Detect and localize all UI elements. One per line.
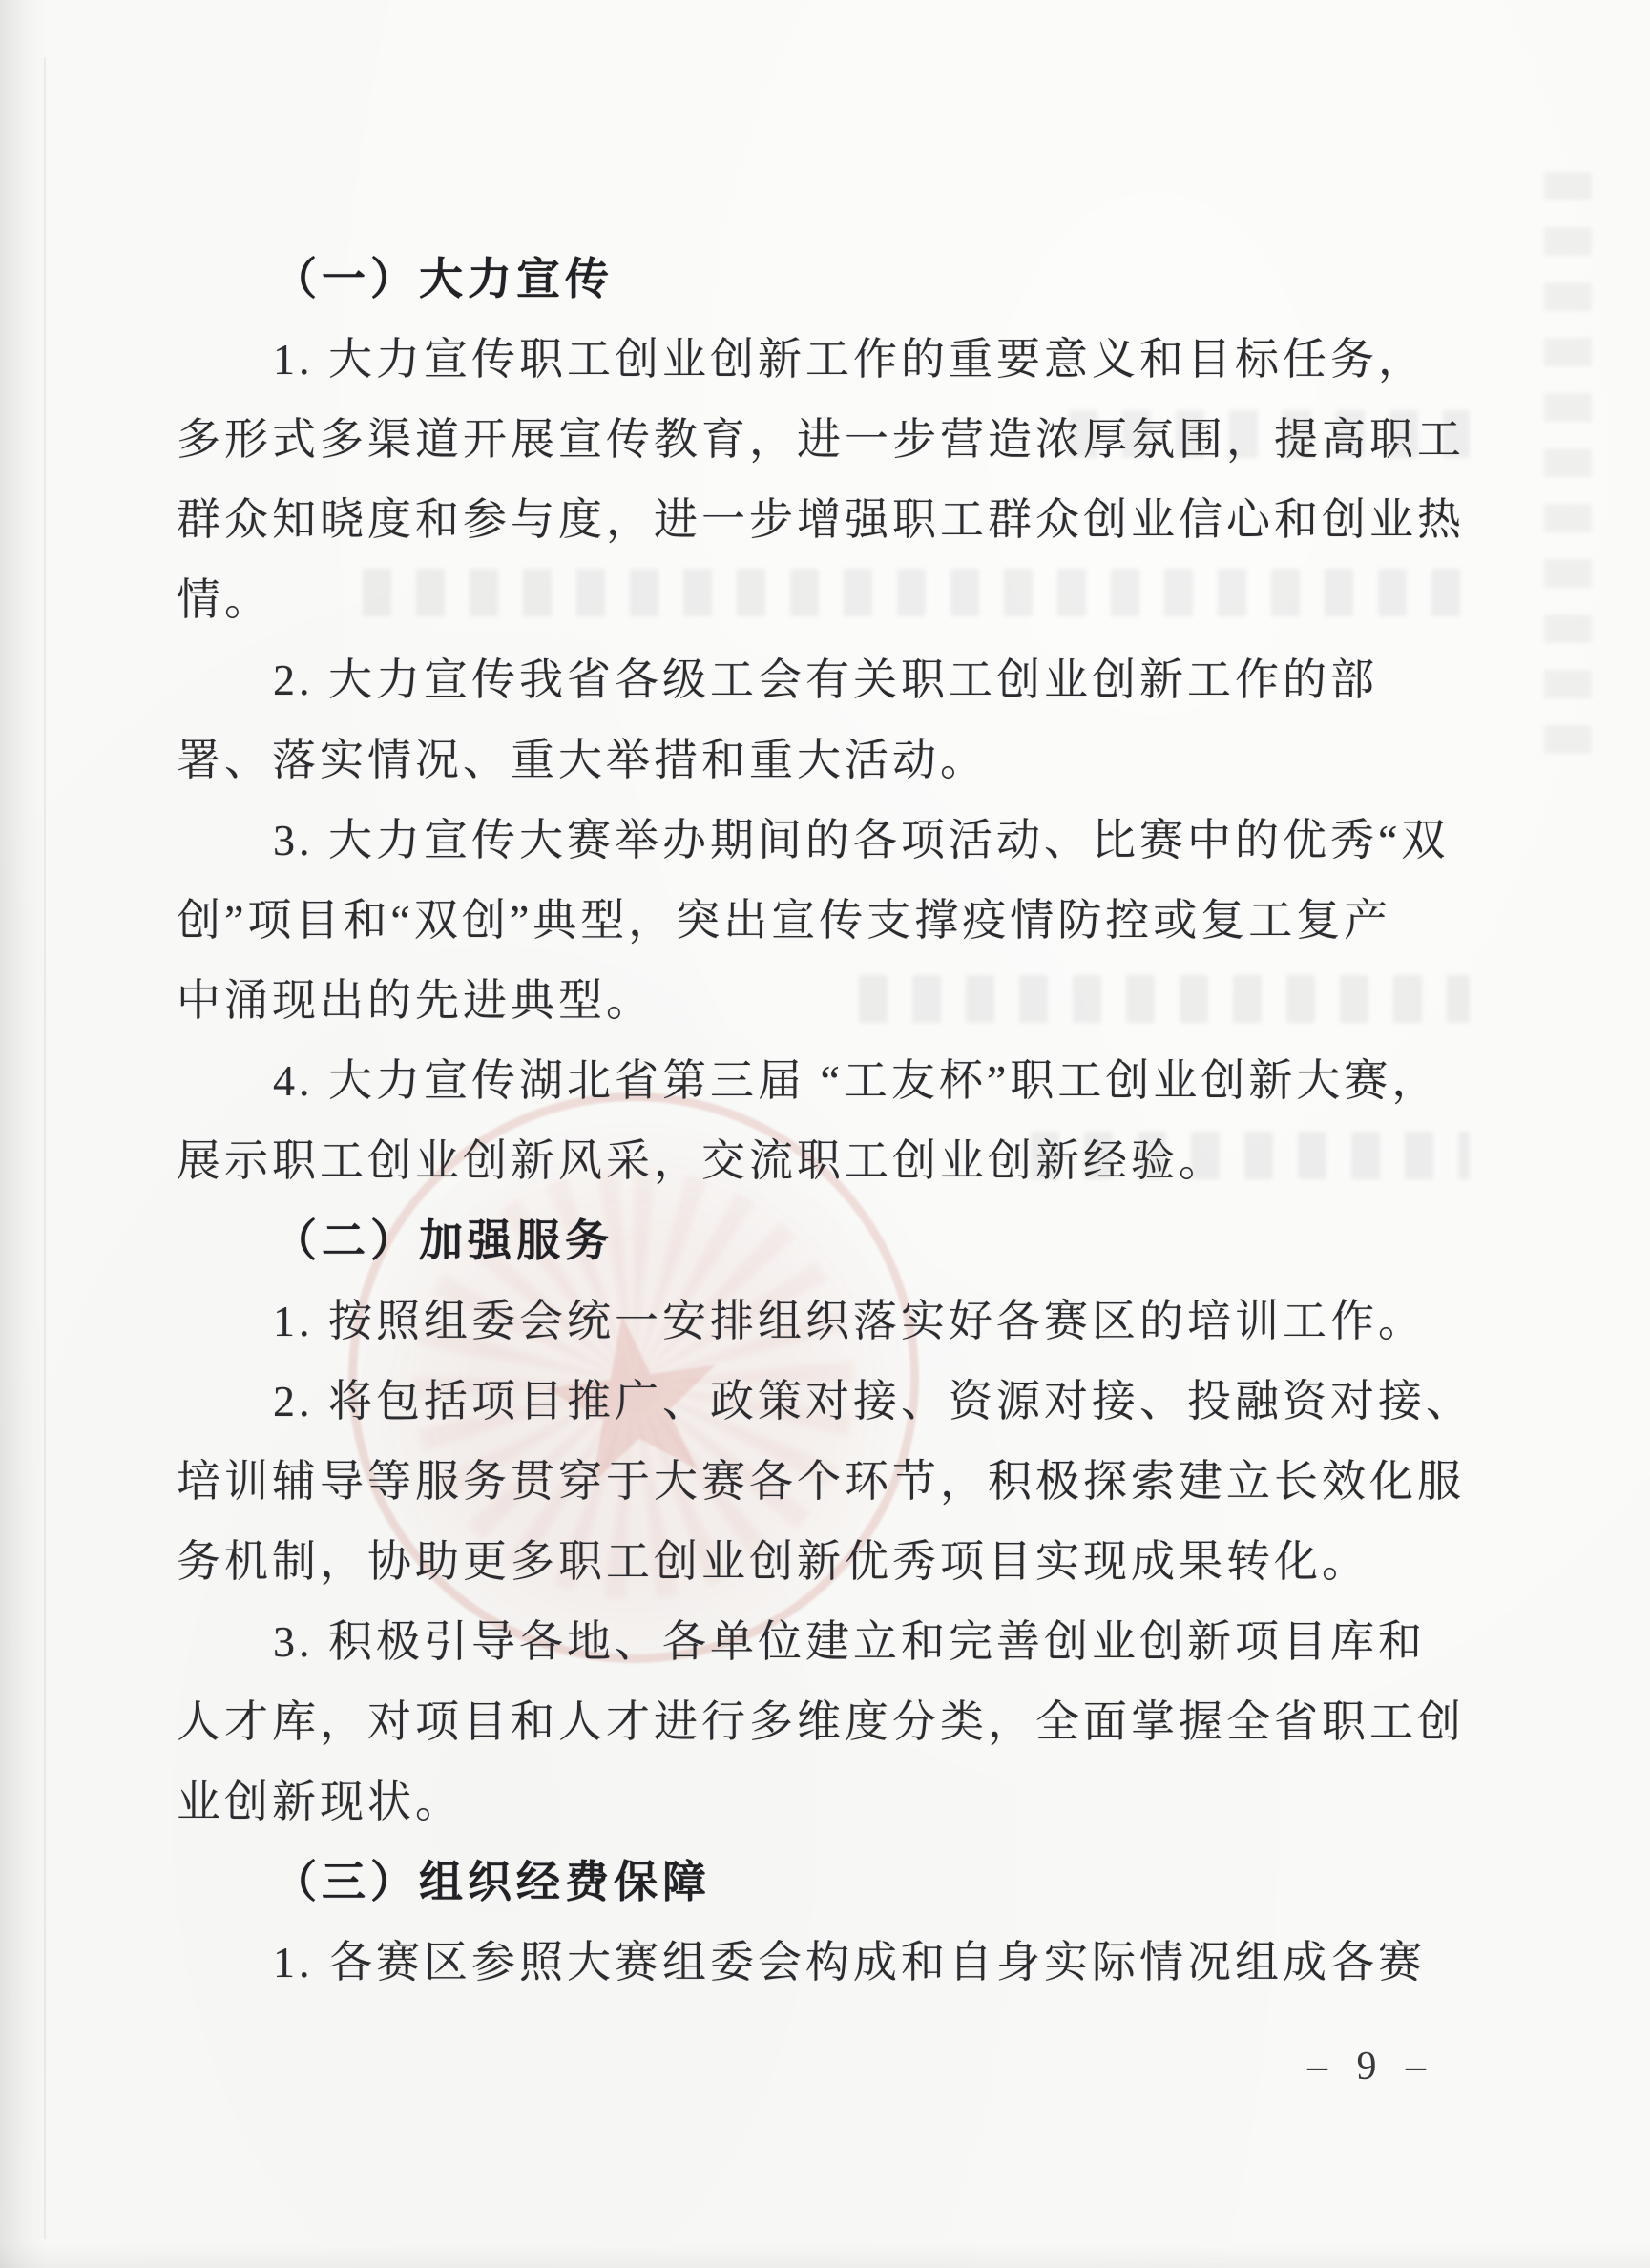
section-heading-1: （一）大力宣传 bbox=[177, 239, 1479, 320]
page-edge-shadow bbox=[0, 0, 50, 2268]
document-line: 业创新现状。 bbox=[177, 1762, 1479, 1842]
section-heading-3: （三）组织经费保障 bbox=[177, 1842, 1479, 1923]
document-line: 2. 大力宣传我省各级工会有关职工创业创新工作的部 bbox=[177, 640, 1479, 720]
document-line: 人才库，对项目和人才进行多维度分类，全面掌握全省职工创 bbox=[177, 1682, 1479, 1762]
document-line: 创”项目和“双创”典型，突出宣传支撑疫情防控或复工复产 bbox=[177, 881, 1479, 961]
document-line: 4. 大力宣传湖北省第三届 “工友杯”职工创业创新大赛， bbox=[177, 1041, 1479, 1121]
document-line: 中涌现出的先进典型。 bbox=[177, 961, 1479, 1041]
document-line: 1. 按照组委会统一安排组织落实好各赛区的培训工作。 bbox=[177, 1281, 1479, 1362]
document-line: 3. 大力宣传大赛举办期间的各项活动、比赛中的优秀“双 bbox=[177, 801, 1479, 881]
bleedthrough-ghost bbox=[1544, 162, 1592, 754]
document-line: 3. 积极引导各地、各单位建立和完善创业创新项目库和 bbox=[177, 1602, 1479, 1682]
page-number: – 9 – bbox=[1307, 2044, 1435, 2090]
document-line: 展示职工创业创新风采，交流职工创业创新经验。 bbox=[177, 1121, 1479, 1201]
scanned-document-page: { "page": { "number": "– 9 –" }, "docume… bbox=[0, 0, 1650, 2268]
document-line: 1. 各赛区参照大赛组委会构成和自身实际情况组成各赛 bbox=[177, 1923, 1479, 2003]
section-heading-2: （二）加强服务 bbox=[177, 1201, 1479, 1281]
document-line: 1. 大力宣传职工创业创新工作的重要意义和目标任务， bbox=[177, 320, 1479, 400]
document-line: 署、落实情况、重大举措和重大活动。 bbox=[177, 720, 1479, 801]
document-line: 2. 将包括项目推广、政策对接、资源对接、投融资对接、 bbox=[177, 1362, 1479, 1442]
document-line: 务机制，协助更多职工创业创新优秀项目实现成果转化。 bbox=[177, 1522, 1479, 1602]
document-line: 多形式多渠道开展宣传教育，进一步营造浓厚氛围，提高职工 bbox=[177, 400, 1479, 480]
document-body: （一）大力宣传 1. 大力宣传职工创业创新工作的重要意义和目标任务， 多形式多渠… bbox=[177, 239, 1479, 2003]
document-line: 情。 bbox=[177, 560, 1479, 640]
page-bottom-shadow bbox=[0, 2243, 1650, 2268]
document-line: 培训辅导等服务贯穿于大赛各个环节，积极探索建立长效化服 bbox=[177, 1442, 1479, 1522]
page-edge-line bbox=[44, 57, 46, 2239]
document-line: 群众知晓度和参与度，进一步增强职工群众创业信心和创业热 bbox=[177, 480, 1479, 560]
